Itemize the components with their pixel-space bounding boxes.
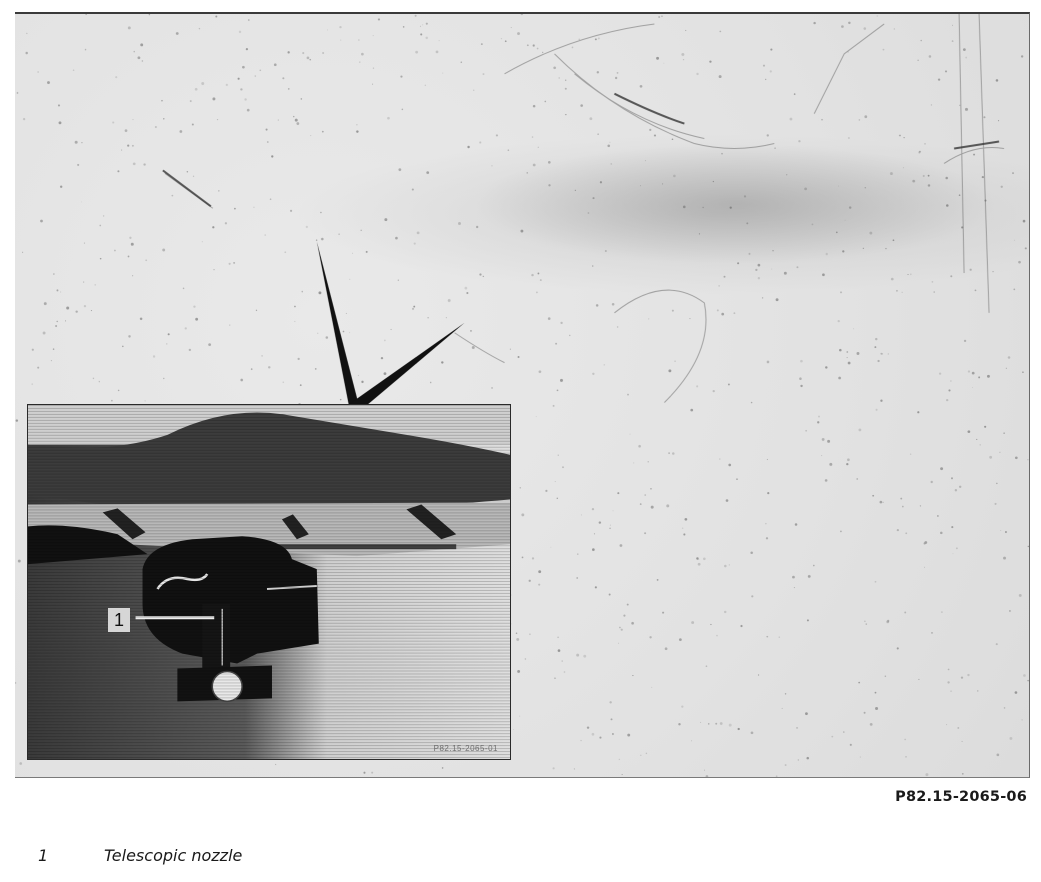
inset-reference-code: P82.15-2065-01 [434,744,498,753]
pointer-arrow-left-arm [317,241,359,404]
main-photo: 1 P82.15-2065-01 [15,12,1030,778]
callout-number-label: 1 [108,608,130,632]
nozzle-closeup-image [28,405,510,759]
pointer-arrow-right-arm [349,323,465,411]
inset-photo: 1 P82.15-2065-01 [27,404,511,760]
legend-item-number: 1 [38,846,104,865]
figure-legend: 1 Telescopic nozzle [38,846,242,865]
figure-reference-code: P82.15-2065-06 [895,789,1027,805]
legend-item-label: Telescopic nozzle [104,846,242,865]
